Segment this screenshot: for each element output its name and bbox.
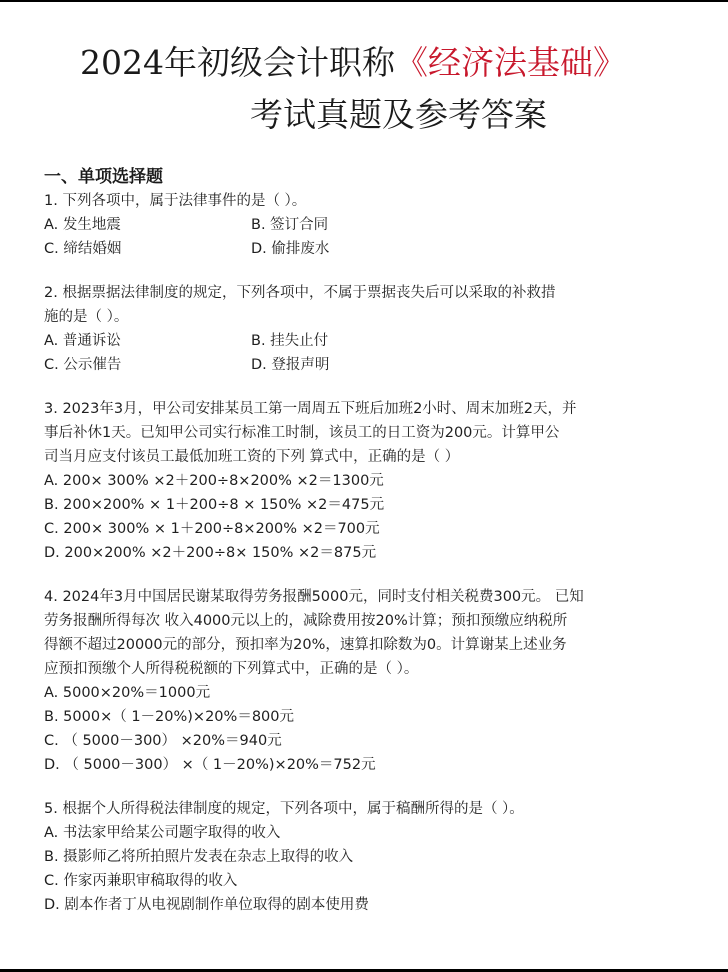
question-2: 2. 根据票据法律制度的规定，下列各项中，不属于票据丧失后可以采取的补救措 施的… xyxy=(44,281,694,377)
spacer xyxy=(44,261,694,281)
spacer xyxy=(44,377,694,397)
question-stem: 得额不超过20000元的部分，预扣率为20%，速算扣除数为0。计算谢某上述业务 xyxy=(44,633,694,657)
question-3: 3. 2023年3月，甲公司安排某员工第一周周五下班后加班2小时、周末加班2天，… xyxy=(44,397,694,565)
option-d: D. 偷排废水 xyxy=(251,237,329,261)
document-title: 2024年初级会计职称《经济法基础》 xyxy=(80,40,626,86)
options-row: A. 普通诉讼 B. 挂失止付 xyxy=(44,329,694,353)
option-c: C. 作家丙兼职审稿取得的收入 xyxy=(44,869,694,893)
question-stem: 4. 2024年3月中国居民谢某取得劳务报酬5000元，同时支付相关税费300元… xyxy=(44,585,694,609)
question-stem: 2. 根据票据法律制度的规定，下列各项中，不属于票据丧失后可以采取的补救措 xyxy=(44,281,694,305)
option-c: C. 公示催告 xyxy=(44,353,251,377)
document-subtitle: 考试真题及参考答案 xyxy=(250,92,547,138)
option-a: A. 5000×20%＝1000元 xyxy=(44,681,694,705)
option-b: B. 5000×（ 1－20%)×20%＝800元 xyxy=(44,705,694,729)
option-d: D. 登报声明 xyxy=(251,353,329,377)
option-d: D. 剧本作者丁从电视剧制作单位取得的剧本使用费 xyxy=(44,893,694,917)
options-row: C. 缔结婚姻 D. 偷排废水 xyxy=(44,237,694,261)
option-b: B. 挂失止付 xyxy=(251,329,328,353)
title-highlight: 《经济法基础》 xyxy=(395,43,626,82)
question-stem: 劳务报酬所得每次 收入4000元以上的，减除费用按20%计算；预扣预缴应纳税所 xyxy=(44,609,694,633)
question-stem: 5. 根据个人所得税法律制度的规定，下列各项中，属于稿酬所得的是（ ）。 xyxy=(44,797,694,821)
option-d: D. （ 5000－300） ×（ 1－20%)×20%＝752元 xyxy=(44,753,694,777)
question-stem: 司当月应支付该员工最低加班工资的下列 算式中，正确的是（ ） xyxy=(44,445,694,469)
title-prefix: 2024年初级会计职称 xyxy=(80,43,395,82)
question-stem: 3. 2023年3月，甲公司安排某员工第一周周五下班后加班2小时、周末加班2天，… xyxy=(44,397,694,421)
option-b: B. 签订合同 xyxy=(251,213,328,237)
exam-content: 一、单项选择题 1. 下列各项中，属于法律事件的是（ ）。 A. 发生地震 B.… xyxy=(44,165,694,917)
option-c: C. （ 5000－300） ×20%＝940元 xyxy=(44,729,694,753)
option-a: A. 书法家甲给某公司题字取得的收入 xyxy=(44,821,694,845)
question-5: 5. 根据个人所得税法律制度的规定，下列各项中，属于稿酬所得的是（ ）。 A. … xyxy=(44,797,694,917)
option-d: D. 200×200% ×2＋200÷8× 150% ×2＝875元 xyxy=(44,541,694,565)
section-heading: 一、单项选择题 xyxy=(44,165,694,189)
spacer xyxy=(44,777,694,797)
question-4: 4. 2024年3月中国居民谢某取得劳务报酬5000元，同时支付相关税费300元… xyxy=(44,585,694,777)
question-stem: 施的是（ ）。 xyxy=(44,305,694,329)
spacer xyxy=(44,565,694,585)
option-c: C. 缔结婚姻 xyxy=(44,237,251,261)
question-stem: 应预扣预缴个人所得税税额的下列算式中，正确的是（ ）。 xyxy=(44,657,694,681)
option-a: A. 普通诉讼 xyxy=(44,329,251,353)
top-border xyxy=(0,0,728,2)
option-b: B. 摄影师乙将所拍照片发表在杂志上取得的收入 xyxy=(44,845,694,869)
question-1: 1. 下列各项中，属于法律事件的是（ ）。 A. 发生地震 B. 签订合同 C.… xyxy=(44,189,694,261)
option-a: A. 发生地震 xyxy=(44,213,251,237)
option-b: B. 200×200% × 1＋200÷8 × 150% ×2＝475元 xyxy=(44,493,694,517)
option-c: C. 200× 300% × 1＋200÷8×200% ×2＝700元 xyxy=(44,517,694,541)
options-row: C. 公示催告 D. 登报声明 xyxy=(44,353,694,377)
question-stem: 1. 下列各项中，属于法律事件的是（ ）。 xyxy=(44,189,694,213)
options-row: A. 发生地震 B. 签订合同 xyxy=(44,213,694,237)
option-a: A. 200× 300% ×2＋200÷8×200% ×2＝1300元 xyxy=(44,469,694,493)
question-stem: 事后补休1天。已知甲公司实行标准工时制，该员工的日工资为200元。计算甲公 xyxy=(44,421,694,445)
